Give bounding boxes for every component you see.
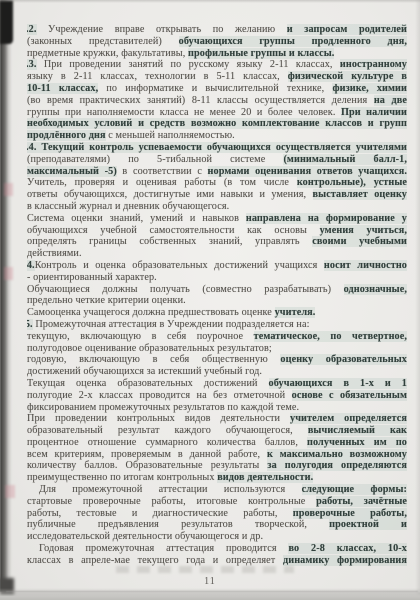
text-line: действиями. bbox=[27, 248, 407, 260]
text-block: 5.3.2. Учреждение вправе открывать по же… bbox=[27, 24, 407, 567]
spine-shadow bbox=[0, 0, 12, 592]
text-line: всем критериям, проверяемым в данной раб… bbox=[27, 449, 407, 461]
text-line: Система оценки знаний, умений и навыков … bbox=[27, 213, 407, 225]
text-line: (законных представителей) обучающихся гр… bbox=[27, 36, 407, 48]
text-line: -годовую, включающую в себя общественную… bbox=[27, 354, 407, 366]
text-line: в классный журнал и дневник обучающегося… bbox=[27, 201, 407, 213]
text-line: фиксированием промежуточных результатов … bbox=[27, 402, 407, 414]
text-run: процентное отношение суммарного количест… bbox=[27, 437, 307, 448]
text-line: 5.5. Промежуточная аттестация в Учрежден… bbox=[27, 319, 407, 331]
text-line: образовательный результат каждого обучаю… bbox=[27, 425, 407, 437]
text-line: определять границы собственных знаний, у… bbox=[27, 236, 407, 248]
text-line: Текущая оценка образовательных достижени… bbox=[27, 378, 407, 390]
text-run: Промежуточная аттестация в Учреждении по… bbox=[33, 319, 310, 330]
emphasized-text-run: на две bbox=[374, 95, 407, 106]
text-run: работы, тестовые и диагностические работ… bbox=[27, 508, 293, 519]
ghost-bleed-line bbox=[116, 566, 294, 573]
text-line: (преподавателями) по 5-тибальной системе… bbox=[27, 154, 407, 166]
emphasized-text-run: за полугодия определяются bbox=[267, 460, 407, 471]
text-line: Обучающиеся должны получать (совместно р… bbox=[27, 284, 407, 296]
text-run: достижений обучающихся за истекший учебн… bbox=[27, 366, 262, 377]
text-line: исследовательской деятельности обучающег… bbox=[27, 531, 407, 543]
emphasized-text-run: 10-11 классах, bbox=[27, 83, 98, 94]
text-line: При проведении контрольных видов деятель… bbox=[27, 413, 407, 425]
emphasized-text-run: При наличии bbox=[341, 107, 407, 118]
emphasized-text-run: следующие формы: bbox=[302, 484, 407, 495]
emphasized-text-run: учителем определяется bbox=[290, 413, 407, 424]
emphasized-text-run: своими учебными bbox=[312, 236, 407, 247]
page-number: 11 bbox=[0, 576, 420, 587]
emphasized-text-run: выставляет оценку bbox=[313, 189, 407, 200]
emphasized-text-run: полученных им по bbox=[307, 437, 407, 448]
text-line: количеству баллов. Образовательные резул… bbox=[27, 460, 407, 472]
text-line: Для промежуточной аттестации используютс… bbox=[27, 484, 407, 496]
text-run: Учреждение вправе открывать по желанию bbox=[37, 24, 287, 35]
text-run: количеству баллов. Образовательные резул… bbox=[27, 460, 267, 471]
text-line: обучающихся учебной самостоятельности ка… bbox=[27, 225, 407, 237]
emphasized-text-run: 5.3.4. Текущий контроль успеваемости обу… bbox=[27, 142, 407, 153]
text-line: (во время практических занятий) 8-11 кла… bbox=[27, 95, 407, 107]
text-run: по информатике и вычислительной технике, bbox=[98, 83, 332, 94]
text-run: полугодовое оценивание образовательных р… bbox=[27, 343, 272, 354]
text-line: 10-11 классах, по информатике и вычислит… bbox=[27, 83, 407, 95]
emphasized-text-run: профильные группы и классы. bbox=[188, 48, 334, 59]
top-edge-shadow bbox=[0, 0, 420, 3]
text-line: полугодие 2-х классах проводится на без … bbox=[27, 390, 407, 402]
emphasized-text-run: максимальный -5) bbox=[27, 166, 117, 177]
text-run: (преподавателями) по 5-тибальной системе bbox=[27, 154, 283, 165]
pink-margin-mark-3 bbox=[5, 485, 15, 498]
text-run: преимущественно по итогам контрольных bbox=[27, 472, 217, 483]
emphasized-text-run: и запросам родителей bbox=[287, 24, 407, 35]
emphasized-text-run: основе с обязательным bbox=[292, 390, 407, 401]
text-line: предметные кружки, факультативы, профиль… bbox=[27, 48, 407, 60]
text-line: классах в апреле-мае текущего года и опр… bbox=[27, 555, 407, 567]
text-line: языку в 2-11 классах, технологии в 5-11 … bbox=[27, 71, 407, 83]
text-run: текущую, включающую в себя поурочное bbox=[27, 331, 254, 342]
emphasized-text-run: нормами оценивания ответов учащихся. bbox=[208, 166, 407, 177]
text-line: стартовые проверочные работы, итоговые к… bbox=[27, 496, 407, 508]
pink-margin-mark-2 bbox=[4, 267, 13, 280]
text-run: Система оценки знаний, умений и навыков bbox=[27, 213, 246, 224]
emphasized-text-run: продлённого дня bbox=[27, 130, 106, 141]
text-line: продлённого дня с меньшей наполняемостью… bbox=[27, 130, 407, 142]
text-run: образовательный результат каждого обучаю… bbox=[27, 425, 308, 436]
emphasized-text-run: 5.4. bbox=[27, 260, 35, 271]
text-line: публичные предъявления результатов творч… bbox=[27, 519, 407, 531]
text-line: 5.3.3. При проведении занятий по русском… bbox=[27, 59, 407, 71]
text-run: языку в 2-11 классах, технологии в 5-11 … bbox=[27, 71, 288, 82]
text-line: предельно четкие критерии оценки. bbox=[27, 295, 407, 307]
emphasized-text-run: физике, химии bbox=[332, 83, 407, 94]
text-run: Для промежуточной аттестации используютс… bbox=[39, 484, 302, 495]
text-run: ответы обучающихся, достигнутые ими навы… bbox=[27, 189, 313, 200]
top-left-corner-shadow bbox=[0, 0, 13, 44]
text-line: преимущественно по итогам контрольных ви… bbox=[27, 472, 407, 484]
pink-margin-mark-1 bbox=[4, 183, 13, 196]
text-run: (законных представителей) bbox=[27, 36, 179, 47]
text-run: предельно четкие критерии оценки. bbox=[27, 295, 186, 306]
text-line: Учитель, проверяя и оценивая работы (в т… bbox=[27, 177, 407, 189]
text-run: годовую, включающую в себя общественную bbox=[27, 354, 280, 365]
emphasized-text-run: к максимально возможному bbox=[267, 449, 407, 460]
text-line: процентное отношение суммарного количест… bbox=[27, 437, 407, 449]
text-run: - ориентированный характер. bbox=[27, 272, 157, 283]
emphasized-text-run: оценку образовательных bbox=[280, 354, 407, 365]
emphasized-text-run: иностранному bbox=[340, 59, 407, 70]
text-line: Годовая промежуточная аттестация проводи… bbox=[27, 543, 407, 555]
text-line: Самооценка учащегося должна предшествова… bbox=[27, 307, 407, 319]
text-line: группы при наполняемости класса не менее… bbox=[27, 107, 407, 119]
text-run: Годовая промежуточная аттестация проводи… bbox=[39, 543, 288, 554]
text-run: публичные предъявления результатов творч… bbox=[27, 519, 329, 530]
text-run: определять границы собственных знаний, у… bbox=[27, 236, 312, 247]
bottom-edge-shadow bbox=[0, 588, 420, 600]
text-run: При проведении контрольных видов деятель… bbox=[27, 413, 290, 424]
emphasized-text-run: умения учиться, bbox=[320, 225, 407, 236]
text-run: с меньшей наполняемостью. bbox=[106, 130, 235, 141]
emphasized-text-run: видов деятельности. bbox=[217, 472, 313, 483]
emphasized-text-run: во 2-8 классах, 10-х bbox=[288, 543, 407, 554]
text-run: (во время практических занятий) 8-11 кла… bbox=[27, 95, 374, 106]
emphasized-text-run: обучающихся в 1-х и 1 bbox=[269, 378, 407, 389]
text-line: ответы обучающихся, достигнутые ими навы… bbox=[27, 189, 407, 201]
text-run: всем критериям, проверяемым в данной раб… bbox=[27, 449, 267, 460]
text-line: достижений обучающихся за истекший учебн… bbox=[27, 366, 407, 378]
emphasized-text-run: работы, зачётные bbox=[316, 496, 407, 507]
text-line: 5.3.4. Текущий контроль успеваемости обу… bbox=[27, 142, 407, 154]
text-run: При проведении занятий по русскому языку… bbox=[37, 59, 340, 70]
document-page: { "page": { "bullet_marker": "-", "color… bbox=[0, 0, 420, 600]
text-run: Контроль и оценка образовательных достиж… bbox=[35, 260, 324, 271]
text-line: максимальный -5) в соответствии с нормам… bbox=[27, 166, 407, 178]
text-line: - ориентированный характер. bbox=[27, 272, 407, 284]
emphasized-text-run: направлена на формирование у bbox=[246, 213, 407, 224]
text-run: группы при наполняемости класса не менее… bbox=[27, 107, 341, 118]
text-run: Самооценка учащегося должна предшествова… bbox=[27, 307, 275, 318]
emphasized-text-run: контрольные), устные bbox=[297, 177, 407, 188]
text-run: Обучающиеся должны получать (совместно р… bbox=[27, 284, 344, 295]
emphasized-text-run: однозначные, bbox=[344, 284, 407, 295]
right-edge-shadow bbox=[415, 0, 420, 600]
emphasized-text-run: (минимальный балл-1, bbox=[283, 154, 407, 165]
text-run: фиксированием промежуточных результатов … bbox=[27, 402, 299, 413]
text-line: работы, тестовые и диагностические работ… bbox=[27, 508, 407, 520]
text-run: обучающихся учебной самостоятельности ка… bbox=[27, 225, 320, 236]
text-run: классах в апреле-мае текущего года и опр… bbox=[27, 555, 283, 566]
text-run: в классный журнал и дневник обучающегося… bbox=[27, 201, 229, 212]
text-run: действиями. bbox=[27, 248, 82, 259]
emphasized-text-run: носит личностно bbox=[324, 260, 407, 271]
text-line: 5.4.Контроль и оценка образовательных до… bbox=[27, 260, 407, 272]
emphasized-text-run: 5.3.2. bbox=[27, 24, 37, 35]
text-line: полугодовое оценивание образовательных р… bbox=[27, 343, 407, 355]
text-run: Текущая оценка образовательных достижени… bbox=[27, 378, 269, 389]
text-run: исследовательской деятельности обучающег… bbox=[27, 531, 263, 542]
emphasized-text-run: учителя. bbox=[275, 307, 316, 318]
text-run: Учитель, проверяя и оценивая работы (в т… bbox=[27, 177, 297, 188]
text-run: в соответствии с bbox=[117, 166, 208, 177]
emphasized-text-run: физической культуре в bbox=[288, 71, 407, 82]
emphasized-text-run: динамику формирования bbox=[283, 555, 407, 566]
emphasized-text-run: обучающихся группы продленного дня, bbox=[179, 36, 407, 47]
text-line: 5.3.2. Учреждение вправе открывать по же… bbox=[27, 24, 407, 36]
text-line: необходимых условий и средств возможно к… bbox=[27, 118, 407, 130]
emphasized-text-run: проектной и bbox=[329, 519, 407, 530]
emphasized-text-run: вычисляемый как bbox=[308, 425, 407, 436]
text-run: стартовые проверочные работы, итоговые к… bbox=[27, 496, 316, 507]
text-run: полугодие 2-х классах проводится на без … bbox=[27, 390, 292, 401]
text-line: -текущую, включающую в себя поурочное те… bbox=[27, 331, 407, 343]
emphasized-text-run: необходимых условий и средств возможно к… bbox=[27, 118, 407, 129]
text-run: предметные кружки, факультативы, bbox=[27, 48, 188, 59]
emphasized-text-run: 5.3.3. bbox=[27, 59, 37, 70]
emphasized-text-run: проверочные работы, bbox=[293, 508, 407, 519]
emphasized-text-run: тематическое, по четвертное, bbox=[254, 331, 407, 342]
